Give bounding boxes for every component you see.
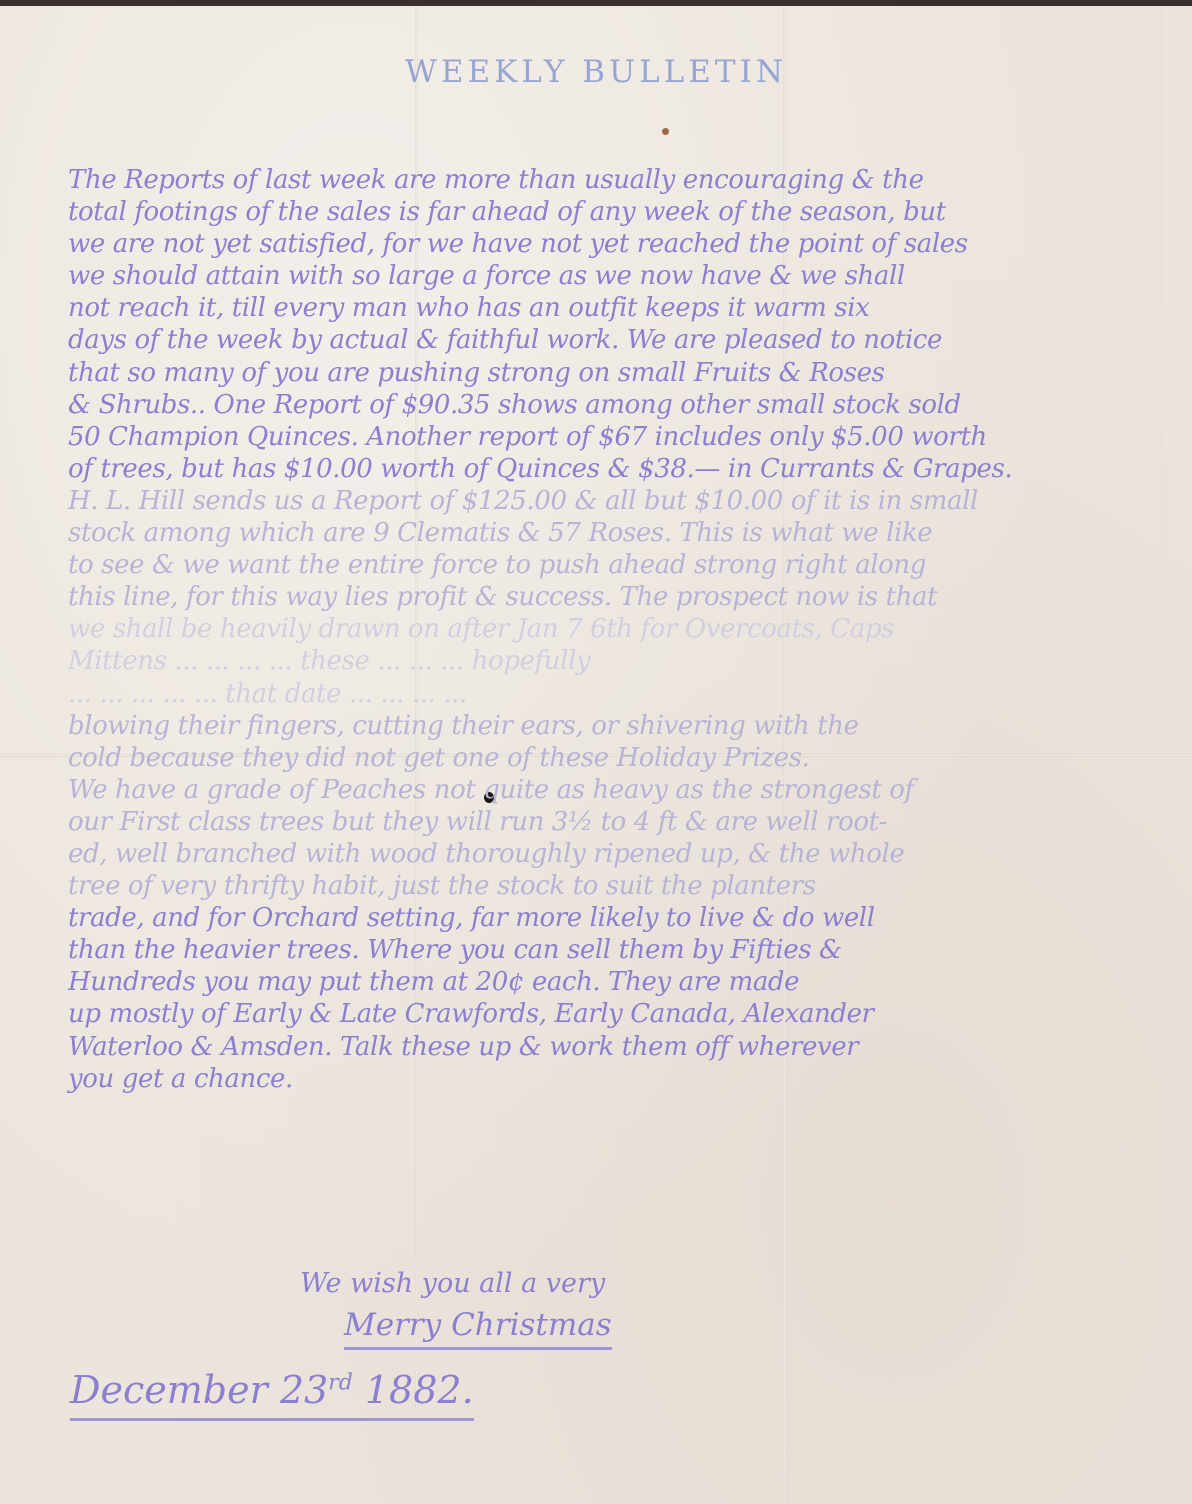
letter-line: stock among which are 9 Clematis & 57 Ro… [68, 517, 1128, 549]
bulletin-header: WEEKLY BULLETIN [0, 54, 1192, 90]
letter-line: 50 Champion Quinces. Another report of $… [68, 421, 1128, 453]
letter-line: we are not yet satisfied, for we have no… [68, 228, 1128, 260]
letter-date: December 23rd 1882. [70, 1368, 474, 1421]
letter-line: tree of very thrifty habit, just the sto… [68, 870, 1128, 902]
letter-line: up mostly of Early & Late Crawfords, Ear… [68, 998, 1128, 1030]
letter-line: this line, for this way lies profit & su… [68, 581, 1128, 613]
letter-line: Mittens ... ... ... ... these ... ... ..… [68, 645, 1128, 677]
letter-line: that so many of you are pushing strong o… [68, 357, 1128, 389]
letter-line: ed, well branched with wood thoroughly r… [68, 838, 1128, 870]
letter-line: than the heavier trees. Where you can se… [68, 934, 1128, 966]
letter-line: Hundreds you may put them at 20¢ each. T… [68, 966, 1128, 998]
letter-line: of trees, but has $10.00 worth of Quince… [68, 453, 1128, 485]
vertical-fold-line [1160, 6, 1163, 1504]
date-day: December 23 [70, 1368, 328, 1412]
letter-line: blowing their fingers, cutting their ear… [68, 710, 1128, 742]
letter-page: WEEKLY BULLETIN The Reports of last week… [0, 6, 1192, 1504]
merry-christmas: Merry Christmas [344, 1307, 612, 1350]
letter-line: & Shrubs.. One Report of $90.35 shows am… [68, 389, 1128, 421]
letter-line: ... ... ... ... ... that date ... ... ..… [68, 678, 1128, 710]
letter-line: We have a grade of Peaches not quite as … [68, 774, 1128, 806]
letter-body: The Reports of last week are more than u… [68, 164, 1128, 1095]
letter-line: we should attain with so large a force a… [68, 260, 1128, 292]
letter-line: our First class trees but they will run … [68, 806, 1128, 838]
letter-line: The Reports of last week are more than u… [68, 164, 1128, 196]
letter-line: H. L. Hill sends us a Report of $125.00 … [68, 485, 1128, 517]
date-year: 1882. [365, 1368, 474, 1412]
letter-line: total footings of the sales is far ahead… [68, 196, 1128, 228]
closing-line: We wish you all a very [300, 1268, 612, 1299]
date-suffix: rd [328, 1370, 353, 1395]
letter-line: days of the week by actual & faithful wo… [68, 324, 1128, 356]
letter-line: not reach it, till every man who has an … [68, 292, 1128, 324]
letter-line: cold because they did not get one of the… [68, 742, 1128, 774]
letter-line: Waterloo & Amsden. Talk these up & work … [68, 1031, 1128, 1063]
letter-line: we shall be heavily drawn on after Jan 7… [68, 613, 1128, 645]
closing-greeting: We wish you all a very Merry Christmas [300, 1268, 612, 1350]
letter-line: you get a chance. [68, 1063, 1128, 1095]
letter-line: trade, and for Orchard setting, far more… [68, 902, 1128, 934]
ink-spot [662, 128, 669, 135]
letter-line: to see & we want the entire force to pus… [68, 549, 1128, 581]
